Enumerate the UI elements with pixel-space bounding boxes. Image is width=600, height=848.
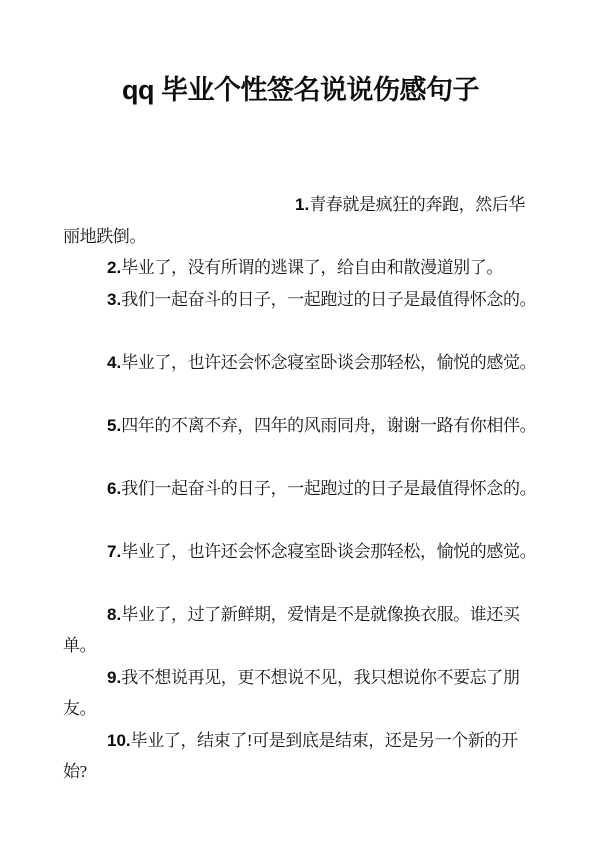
sentence-number: 8. [107, 605, 121, 624]
text-line: 2.毕业了，没有所谓的逃课了，给自由和散漫道别了。 [63, 252, 538, 284]
sentence-number: 1. [295, 195, 309, 214]
document-title: qq 毕业个性签名说说伤感句子 [122, 72, 479, 108]
text-line: 9.我不想说再见，更不想说不见，我只想说你不要忘了朋 [63, 662, 538, 694]
sentence-text: 毕业了，也许还会怀念寝室卧谈会那轻松，愉悦的感觉。 [121, 542, 536, 561]
text-line: 3.我们一起奋斗的日子，一起跑过的日子是最值得怀念的。 [63, 284, 538, 316]
sentence-text: 始? [63, 762, 87, 781]
sentence-number: 2. [107, 258, 121, 277]
sentence-number: 4. [107, 353, 121, 372]
document-body: 1.青春就是疯狂的奔跑，然后华丽地跌倒。2.毕业了，没有所谓的逃课了，给自由和散… [63, 189, 538, 788]
sentence-text: 单。 [63, 636, 96, 655]
title-row: qq 毕业个性签名说说伤感句子 [63, 72, 538, 113]
sentence-number: 9. [107, 668, 121, 687]
document-page: qq 毕业个性签名说说伤感句子 1.青春就是疯狂的奔跑，然后华丽地跌倒。2.毕业… [0, 0, 600, 848]
text-line: 5.四年的不离不弃，四年的风雨同舟，谢谢一路有你相伴。 [63, 410, 538, 442]
sentence-text: 毕业了，过了新鲜期，爱情是不是就像换衣服。谁还买 [121, 605, 519, 624]
sentence-number: 6. [107, 479, 121, 498]
text-line: 始? [63, 756, 538, 788]
sentence-number: 3. [107, 290, 121, 309]
sentence-number: 7. [107, 542, 121, 561]
text-line: 6.我们一起奋斗的日子，一起跑过的日子是最值得怀念的。 [63, 473, 538, 505]
sentence-text: 青春就是疯狂的奔跑，然后华 [309, 195, 525, 214]
text-line: 4.毕业了，也许还会怀念寝室卧谈会那轻松，愉悦的感觉。 [63, 347, 538, 379]
sentence-text: 丽地跌倒。 [63, 227, 146, 246]
text-line: 友。 [63, 693, 538, 725]
sentence-text: 我不想说再见，更不想说不见，我只想说你不要忘了朋 [121, 668, 519, 687]
text-line: 1.青春就是疯狂的奔跑，然后华 [63, 189, 538, 221]
sentence-text: 毕业了，没有所谓的逃课了，给自由和散漫道别了。 [121, 258, 503, 277]
sentence-text: 我们一起奋斗的日子，一起跑过的日子是最值得怀念的。 [121, 479, 536, 498]
text-line: 单。 [63, 630, 538, 662]
text-line: 7.毕业了，也许还会怀念寝室卧谈会那轻松，愉悦的感觉。 [63, 536, 538, 568]
sentence-text: 毕业了，也许还会怀念寝室卧谈会那轻松，愉悦的感觉。 [121, 353, 536, 372]
text-line: 丽地跌倒。 [63, 221, 538, 253]
sentence-text: 四年的不离不弃，四年的风雨同舟，谢谢一路有你相伴。 [121, 416, 536, 435]
sentence-text: 毕业了，结束了!可是到底是结束，还是另一个新的开 [131, 731, 518, 750]
sentence-text: 我们一起奋斗的日子，一起跑过的日子是最值得怀念的。 [121, 290, 536, 309]
sentence-number: 5. [107, 416, 121, 435]
sentence-number: 10. [107, 731, 131, 750]
text-line: 10.毕业了，结束了!可是到底是结束，还是另一个新的开 [63, 725, 538, 757]
sentence-text: 友。 [63, 699, 96, 718]
text-line: 8.毕业了，过了新鲜期，爱情是不是就像换衣服。谁还买 [63, 599, 538, 631]
